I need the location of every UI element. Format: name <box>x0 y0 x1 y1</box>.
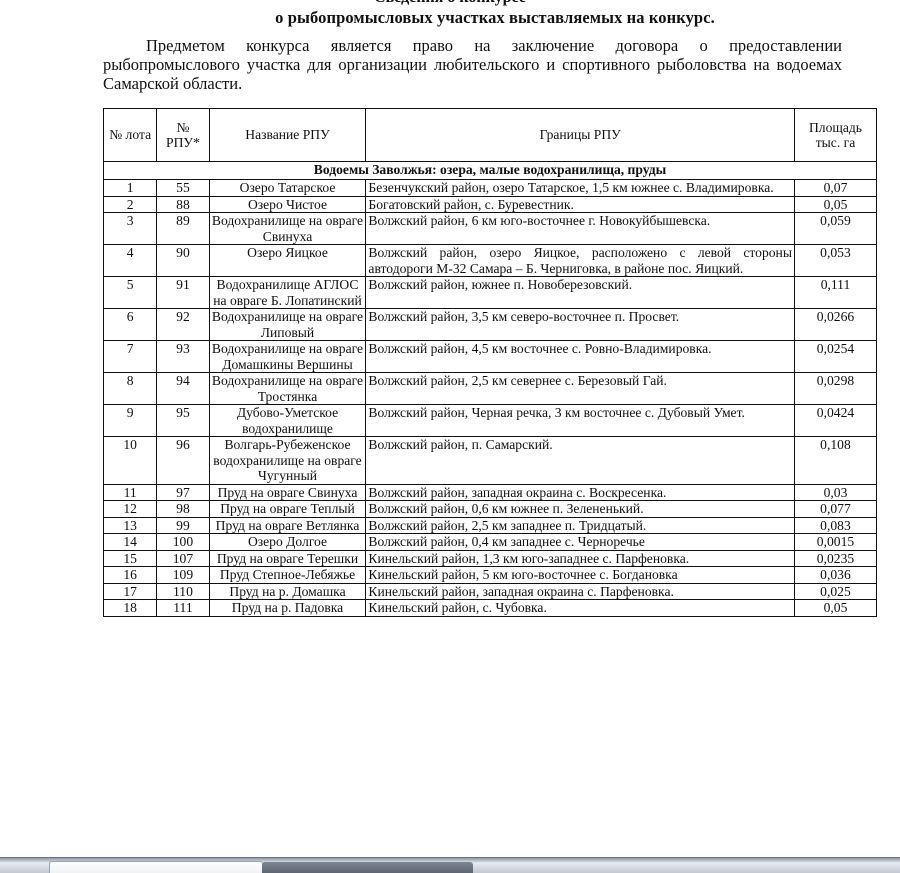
cell-lot: 5 <box>104 277 157 309</box>
cell-area: 0,0254 <box>794 341 876 373</box>
section-title: Водоемы Заволжья: озера, малые водохрани… <box>104 162 877 180</box>
cell-area: 0,059 <box>794 213 876 245</box>
cell-rpu-number: 109 <box>157 567 209 584</box>
table-row: 16109Пруд Степное-ЛебяжьеКинельский райо… <box>104 567 877 584</box>
cell-rpu-bounds: Богатовский район, с. Буревестник. <box>366 196 795 213</box>
cell-rpu-name: Водохранилище на овраге Липовый <box>209 309 366 341</box>
cell-rpu-name: Волгарь-Рубеженское водохранилище на овр… <box>209 437 366 485</box>
cell-rpu-name: Водохранилище на овраге Тростянка <box>209 373 366 405</box>
page-tab[interactable] <box>49 861 263 873</box>
cell-rpu-name: Пруд Степное-Лебяжье <box>209 567 366 584</box>
table-row: 1197Пруд на овраге СвинухаВолжский район… <box>104 484 877 501</box>
cell-rpu-name: Пруд на овраге Свинуха <box>209 484 366 501</box>
table-row: 17110Пруд на р. ДомашкаКинельский район,… <box>104 583 877 600</box>
cell-lot: 14 <box>104 534 157 551</box>
cell-rpu-bounds: Волжский район, западная окраина с. Воск… <box>366 484 795 501</box>
table-row: 1298Пруд на овраге ТеплыйВолжский район,… <box>104 501 877 518</box>
cell-rpu-name: Водохранилище АГЛОС на овраге Б. Лопатин… <box>209 277 366 309</box>
cell-rpu-number: 95 <box>157 405 209 437</box>
cell-area: 0,036 <box>794 567 876 584</box>
cell-lot: 15 <box>104 550 157 567</box>
cell-rpu-bounds: Волжский район, п. Самарский. <box>366 437 795 485</box>
cell-rpu-number: 110 <box>157 583 209 600</box>
cell-lot: 4 <box>104 245 157 277</box>
cell-rpu-number: 111 <box>157 600 209 617</box>
header-area: Площадь тыс. га <box>794 109 876 162</box>
cell-rpu-number: 91 <box>157 277 209 309</box>
cell-rpu-bounds: Кинельский район, 5 км юго-восточнее с. … <box>366 567 795 584</box>
section-row: Водоемы Заволжья: озера, малые водохрани… <box>104 162 877 180</box>
cell-area: 0,03 <box>794 484 876 501</box>
cell-lot: 18 <box>104 600 157 617</box>
cell-area: 0,0424 <box>794 405 876 437</box>
cell-area: 0,0298 <box>794 373 876 405</box>
cell-rpu-name: Озеро Татарское <box>209 180 366 197</box>
cell-rpu-name: Пруд на овраге Ветлянка <box>209 517 366 534</box>
cell-rpu-number: 94 <box>157 373 209 405</box>
table-row: 692Водохранилище на овраге ЛиповыйВолжск… <box>104 309 877 341</box>
cell-rpu-name: Дубово-Уметское водохранилище <box>209 405 366 437</box>
cell-rpu-bounds: Кинельский район, западная окраина с. Па… <box>366 583 795 600</box>
cell-rpu-bounds: Волжский район, 2,5 км севернее с. Берез… <box>366 373 795 405</box>
cell-rpu-number: 96 <box>157 437 209 485</box>
cell-lot: 2 <box>104 196 157 213</box>
header-rpu-number: № РПУ* <box>157 109 209 162</box>
cell-area: 0,111 <box>794 277 876 309</box>
cell-rpu-name: Водохранилище на овраге Домашкины Вершин… <box>209 341 366 373</box>
cell-rpu-number: 98 <box>157 501 209 518</box>
table-row: 793Водохранилище на овраге Домашкины Вер… <box>104 341 877 373</box>
cell-lot: 12 <box>104 501 157 518</box>
cell-rpu-bounds: Волжский район, озеро Яицкое, расположен… <box>366 245 795 277</box>
cell-rpu-name: Пруд на овраге Терешки <box>209 550 366 567</box>
cell-area: 0,0235 <box>794 550 876 567</box>
cell-rpu-bounds: Волжский район, 0,4 км западнее с. Черно… <box>366 534 795 551</box>
cell-rpu-bounds: Волжский район, 4,5 км восточнее с. Ровн… <box>366 341 795 373</box>
cell-rpu-number: 90 <box>157 245 209 277</box>
cell-area: 0,077 <box>794 501 876 518</box>
cell-rpu-number: 88 <box>157 196 209 213</box>
rpu-table: № лота № РПУ* Название РПУ Границы РПУ П… <box>103 108 877 617</box>
cell-rpu-bounds: Волжский район, южнее п. Новоберезовский… <box>366 277 795 309</box>
cell-rpu-number: 55 <box>157 180 209 197</box>
document-title-fragment: Сведения о конкурсе <box>0 0 900 7</box>
cell-lot: 10 <box>104 437 157 485</box>
cell-lot: 9 <box>104 405 157 437</box>
cell-rpu-bounds: Безенчукский район, озеро Татарское, 1,5… <box>366 180 795 197</box>
cell-rpu-bounds: Кинельский район, с. Чубовка. <box>366 600 795 617</box>
cell-rpu-name: Пруд на овраге Теплый <box>209 501 366 518</box>
cell-rpu-number: 92 <box>157 309 209 341</box>
cell-lot: 11 <box>104 484 157 501</box>
cell-lot: 3 <box>104 213 157 245</box>
table-row: 1399Пруд на овраге ВетлянкаВолжский райо… <box>104 517 877 534</box>
cell-rpu-name: Пруд на р. Домашка <box>209 583 366 600</box>
document-subtitle: о рыбопромысловых участках выставляемых … <box>0 8 900 28</box>
header-rpu-name: Название РПУ <box>209 109 366 162</box>
cell-rpu-number: 100 <box>157 534 209 551</box>
table-row: 490Озеро ЯицкоеВолжский район, озеро Яиц… <box>104 245 877 277</box>
cell-lot: 13 <box>104 517 157 534</box>
table-header-row: № лота № РПУ* Название РПУ Границы РПУ П… <box>104 109 877 162</box>
cell-lot: 1 <box>104 180 157 197</box>
table-row: 14100Озеро ДолгоеВолжский район, 0,4 км … <box>104 534 877 551</box>
cell-rpu-name: Пруд на р. Падовка <box>209 600 366 617</box>
cell-rpu-name: Водохранилище на овраге Свинуха <box>209 213 366 245</box>
cell-area: 0,083 <box>794 517 876 534</box>
cell-area: 0,05 <box>794 600 876 617</box>
table-row: 995Дубово-Уметское водохранилищеВолжский… <box>104 405 877 437</box>
header-rpu-bounds: Границы РПУ <box>366 109 795 162</box>
cell-area: 0,053 <box>794 245 876 277</box>
cell-area: 0,05 <box>794 196 876 213</box>
cell-rpu-bounds: Волжский район, Черная речка, 3 км восто… <box>366 405 795 437</box>
cell-rpu-name: Озеро Яицкое <box>209 245 366 277</box>
table-row: 389Водохранилище на овраге СвинухаВолжск… <box>104 213 877 245</box>
intro-paragraph: Предметом конкурса является право на зак… <box>103 36 842 93</box>
cell-lot: 7 <box>104 341 157 373</box>
cell-rpu-number: 93 <box>157 341 209 373</box>
cell-lot: 6 <box>104 309 157 341</box>
table-row: 288Озеро ЧистоеБогатовский район, с. Бур… <box>104 196 877 213</box>
cell-lot: 8 <box>104 373 157 405</box>
cell-area: 0,025 <box>794 583 876 600</box>
cell-lot: 17 <box>104 583 157 600</box>
cell-rpu-name: Озеро Долгое <box>209 534 366 551</box>
cell-rpu-number: 89 <box>157 213 209 245</box>
scrollbar-thumb[interactable] <box>262 862 473 873</box>
table-row: 591Водохранилище АГЛОС на овраге Б. Лопа… <box>104 277 877 309</box>
cell-rpu-bounds: Волжский район, 0,6 км южнее п. Зеленень… <box>366 501 795 518</box>
table-row: 18111Пруд на р. ПадовкаКинельский район,… <box>104 600 877 617</box>
cell-rpu-number: 107 <box>157 550 209 567</box>
cell-rpu-bounds: Волжский район, 6 км юго-восточнее г. Но… <box>366 213 795 245</box>
cell-rpu-number: 97 <box>157 484 209 501</box>
table-row: 1096Волгарь-Рубеженское водохранилище на… <box>104 437 877 485</box>
cell-lot: 16 <box>104 567 157 584</box>
cell-rpu-bounds: Кинельский район, 1,3 км юго-западнее с.… <box>366 550 795 567</box>
cell-area: 0,108 <box>794 437 876 485</box>
table-row: 15107Пруд на овраге ТерешкиКинельский ра… <box>104 550 877 567</box>
cell-rpu-bounds: Волжский район, 3,5 км северо-восточнее … <box>366 309 795 341</box>
cell-area: 0,0266 <box>794 309 876 341</box>
cell-rpu-bounds: Волжский район, 2,5 км западнее п. Тридц… <box>366 517 795 534</box>
cell-area: 0,07 <box>794 180 876 197</box>
table-row: 155Озеро ТатарскоеБезенчукский район, оз… <box>104 180 877 197</box>
header-lot: № лота <box>104 109 157 162</box>
document-page: Сведения о конкурсе о рыбопромысловых уч… <box>0 0 900 858</box>
cell-rpu-number: 99 <box>157 517 209 534</box>
cell-area: 0,0015 <box>794 534 876 551</box>
table-row: 894Водохранилище на овраге ТростянкаВолж… <box>104 373 877 405</box>
cell-rpu-name: Озеро Чистое <box>209 196 366 213</box>
